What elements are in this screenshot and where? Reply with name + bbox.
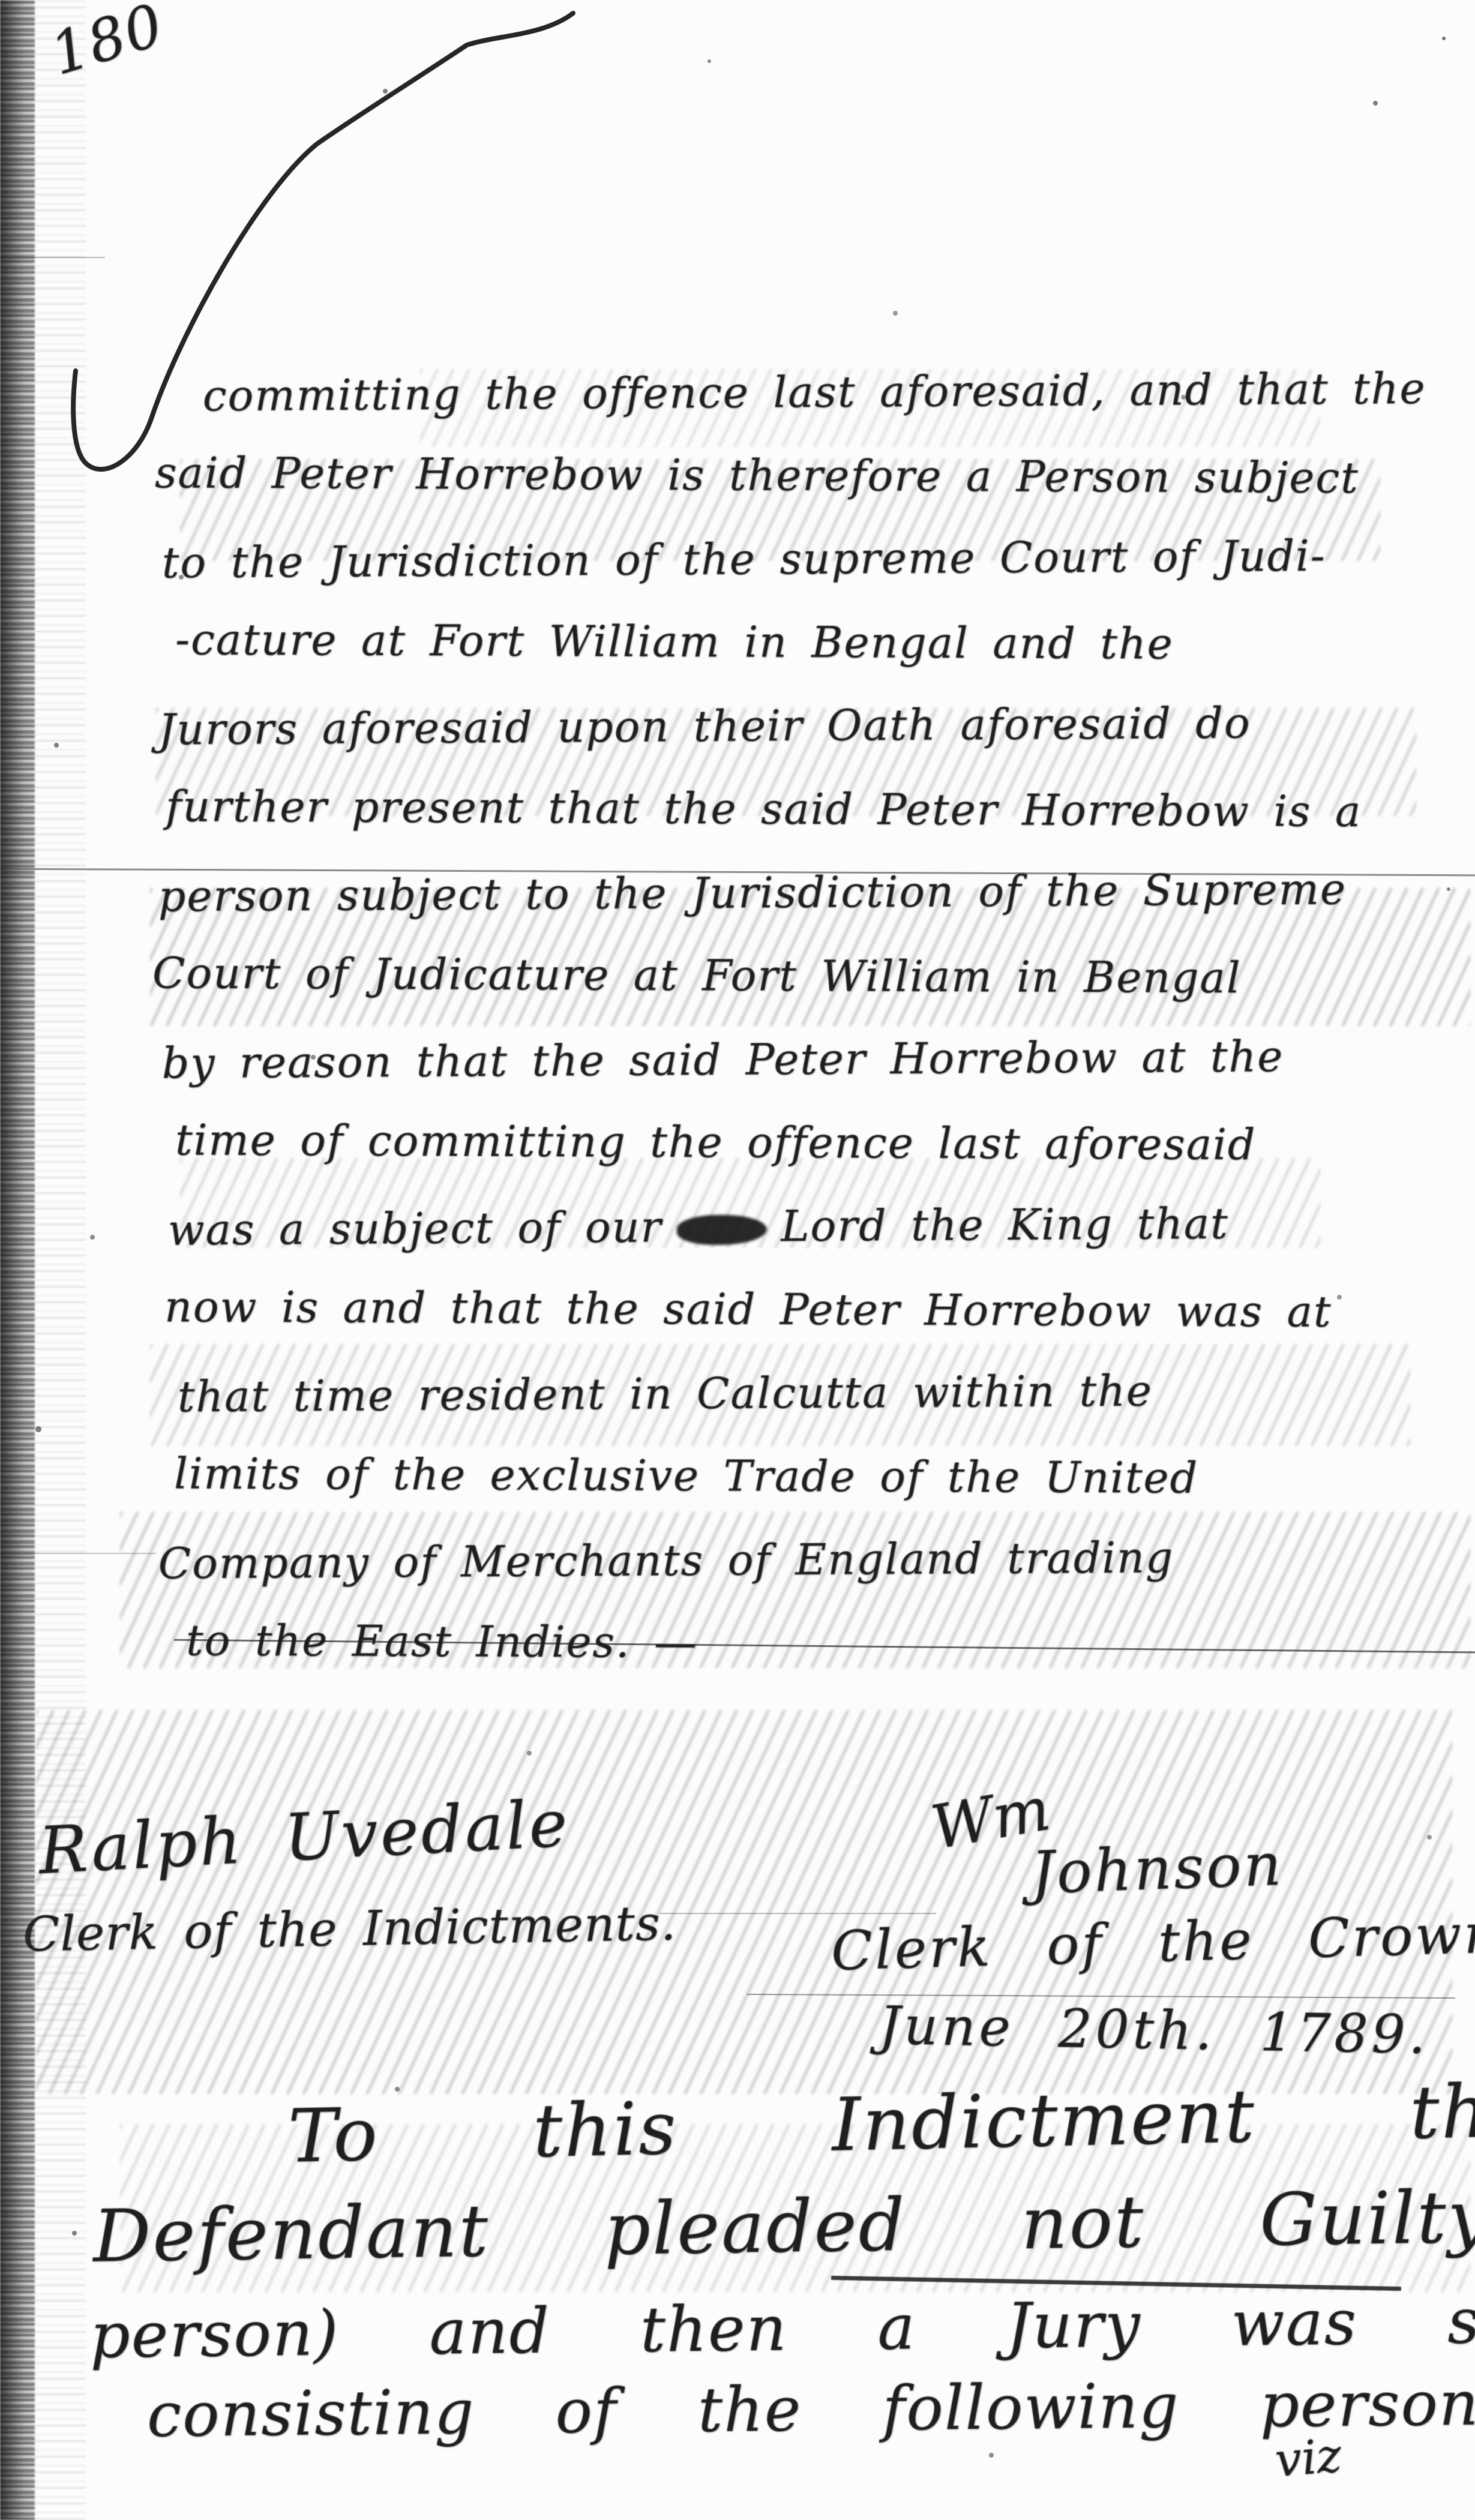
handwritten-text: Lord the King that	[781, 1199, 1229, 1252]
signature-left-title: Clerk of the Indictments.	[22, 1895, 677, 1963]
handwritten-line: -cature at Fort William in Bengal and th…	[175, 614, 1447, 703]
underlined-text: not Guilty	[1021, 2176, 1475, 2266]
handwritten-line: to the East Indies. —	[186, 1615, 1447, 1704]
handwritten-line: time of committing the offence last afor…	[175, 1115, 1447, 1204]
handwritten-text: was a subject of our	[168, 1202, 662, 1255]
handwritten-line: further present that the said Peter Horr…	[166, 781, 1447, 870]
handwritten-line: by reason that the said Peter Horrebow a…	[162, 1030, 1447, 1121]
binding-edge	[0, 0, 35, 2520]
handwritten-line: that time resident in Calcutta within th…	[178, 1364, 1447, 1456]
handwritten-line: Court of Judicature at Fort William in B…	[152, 948, 1447, 1037]
body-lines: committing the offence last aforesaid, a…	[150, 367, 1446, 1702]
handwritten-line: Company of Merchants of England trading	[158, 1531, 1447, 1622]
binding-edge-fade	[35, 0, 86, 2520]
handwritten-line: committing the offence last aforesaid, a…	[203, 364, 1447, 455]
handwritten-line: Jurors aforesaid upon their Oath aforesa…	[158, 697, 1447, 788]
document-page: 180 committing the offence last aforesai…	[0, 0, 1475, 2520]
plea-viz: viz	[1273, 2428, 1344, 2488]
handwritten-line: to the Jurisdiction of the supreme Court…	[162, 530, 1447, 621]
signature-right-surname: Johnson	[1030, 1831, 1285, 1907]
handwritten-line: person subject to the Jurisdiction of th…	[158, 863, 1447, 955]
signature-date: June 20th. 1789.	[879, 1994, 1429, 2066]
handwritten-line: said Peter Horrebow is therefore a Perso…	[155, 448, 1447, 536]
plea-line-2-pre: Defendant pleaded	[92, 2184, 907, 2279]
handwritten-line: limits of the exclusive Trade of the Uni…	[174, 1448, 1447, 1537]
ink-blot	[676, 1214, 766, 1245]
handwritten-line: now is and that the said Peter Horrebow …	[164, 1282, 1447, 1370]
handwritten-line: was a subject of ourLord the King that	[168, 1197, 1447, 1288]
